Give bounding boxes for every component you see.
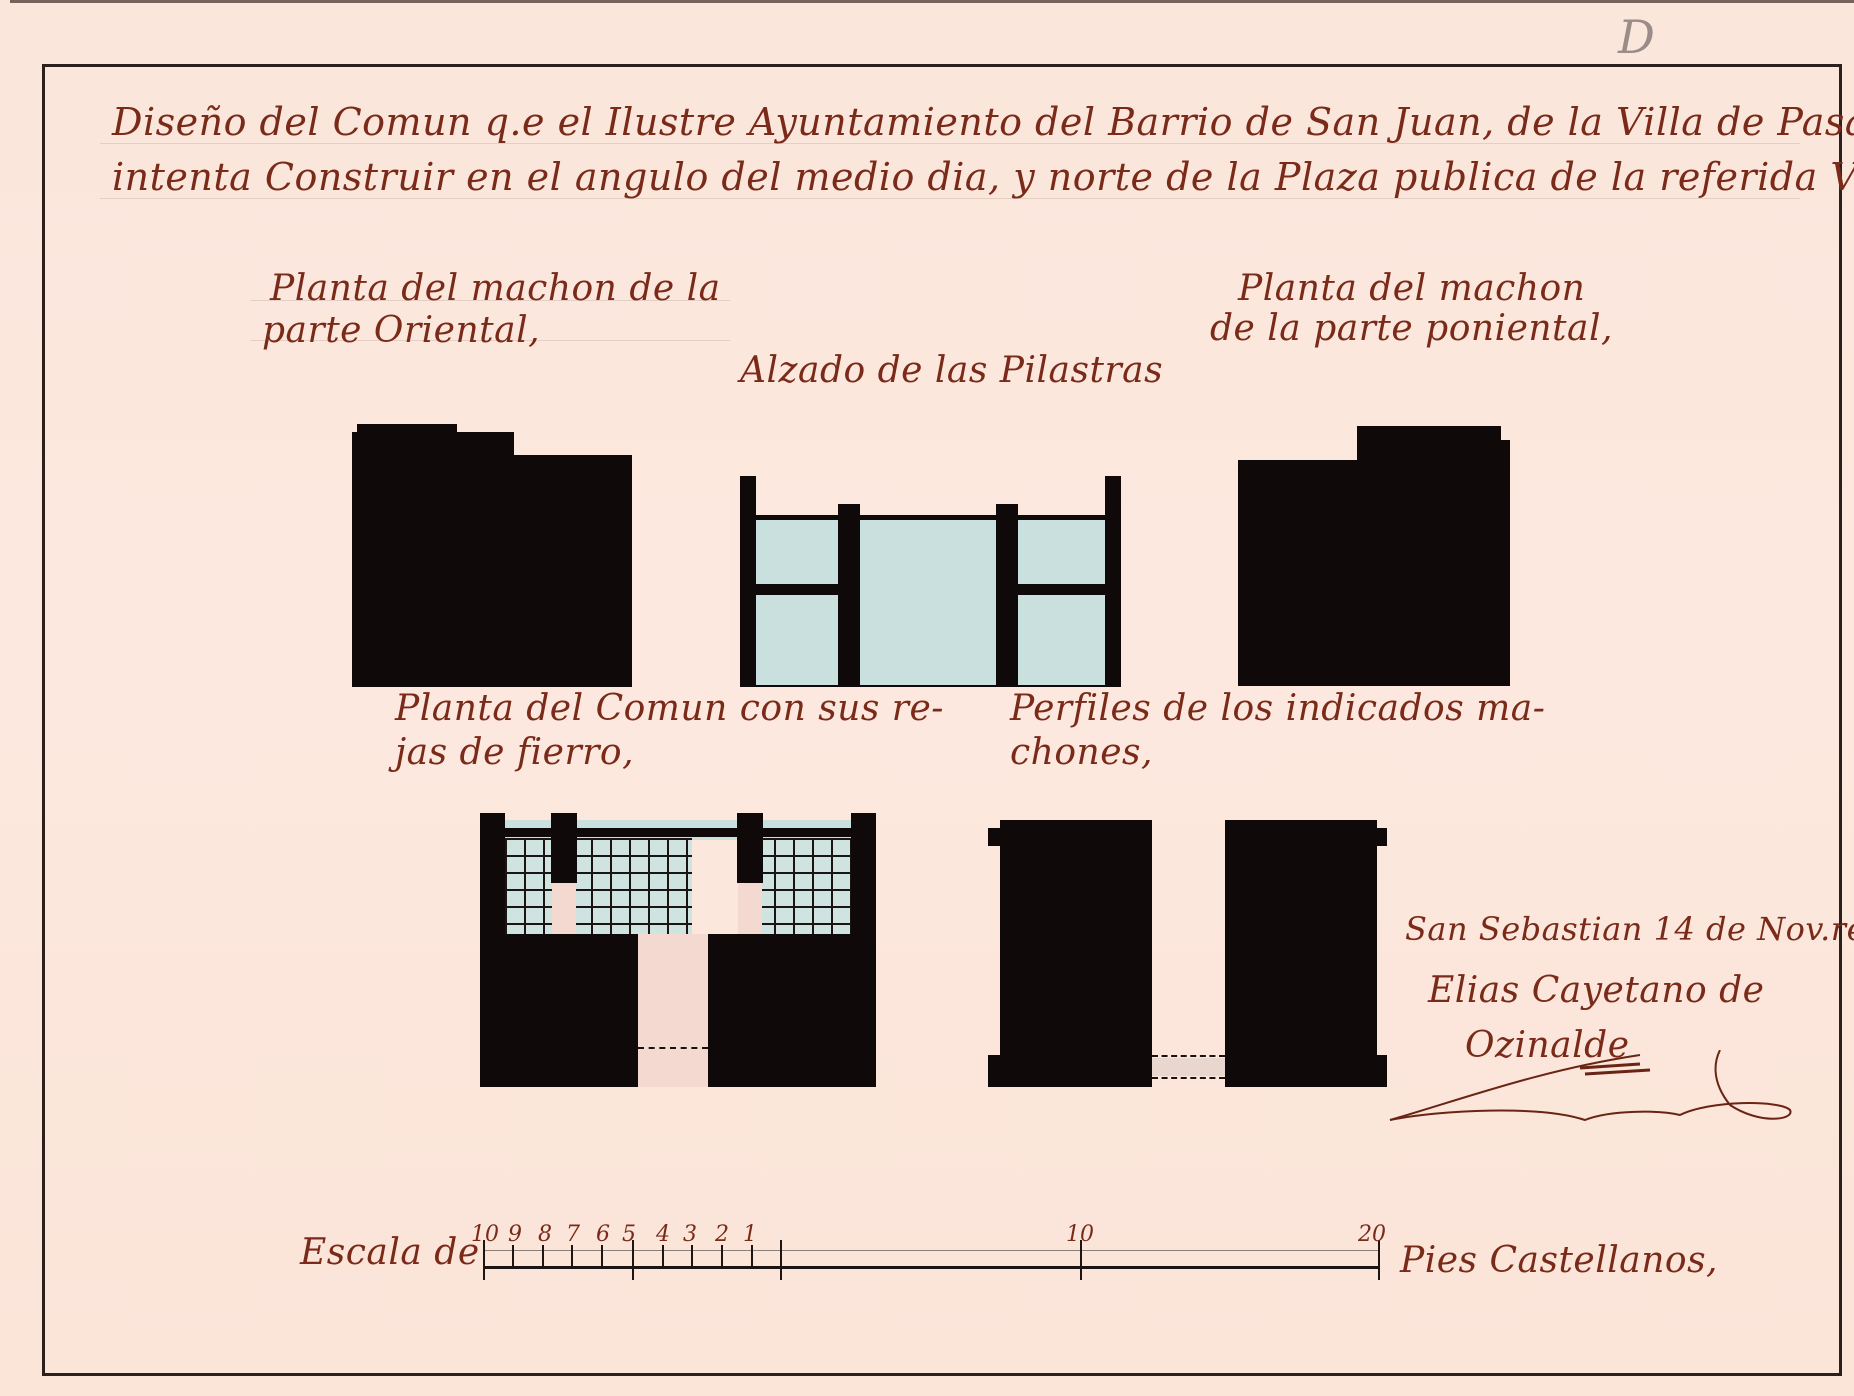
place-date: San Sebastian 14 de Nov.re de 1816 — [1405, 910, 1854, 948]
scale-tick-label: 4 — [656, 1222, 670, 1247]
scale-tick-label: 8 — [538, 1222, 552, 1247]
label-profiles-2: chones, — [1010, 732, 1153, 773]
label-plan-west-1: Planta del machon — [1238, 268, 1585, 309]
signature-name-1: Elias Cayetano de — [1428, 970, 1764, 1011]
scale-tick-label: 9 — [508, 1222, 522, 1247]
title-line-1: Diseño del Comun q.e el Ilustre Ayuntami… — [112, 100, 1854, 144]
scale-tick-label: 10 — [471, 1222, 499, 1247]
label-plan-west-2: de la parte poniental, — [1210, 308, 1613, 349]
signature-flourish — [1380, 1050, 1840, 1140]
label-plan-comun-2: jas de fierro, — [395, 732, 634, 773]
scale-tick-label: 5 — [622, 1222, 636, 1247]
scale-unit: Pies Castellanos, — [1400, 1240, 1718, 1281]
scale-tick-label: 6 — [596, 1222, 610, 1247]
scale-tick-label: 20 — [1358, 1222, 1386, 1247]
label-plan-east-2: parte Oriental, — [262, 310, 540, 351]
label-plan-comun-1: Planta del Comun con sus re- — [395, 688, 944, 729]
title-line-2: intenta Construir en el angulo del medio… — [112, 155, 1854, 199]
scale-tick-label: 1 — [743, 1222, 757, 1247]
archive-mark: D — [1618, 10, 1655, 64]
scale-tick-label: 7 — [566, 1222, 580, 1247]
scale-prefix: Escala de — [300, 1232, 480, 1273]
label-elevation: Alzado de las Pilastras — [740, 350, 1163, 391]
sheet-top-edge — [10, 0, 1854, 3]
label-profiles-1: Perfiles de los indicados ma- — [1010, 688, 1545, 729]
scale-tick-label: 2 — [715, 1222, 729, 1247]
scale-tick-label: 3 — [683, 1222, 697, 1247]
label-plan-east-1: Planta del machon de la — [270, 268, 721, 309]
scale-tick-label: 10 — [1066, 1222, 1094, 1247]
